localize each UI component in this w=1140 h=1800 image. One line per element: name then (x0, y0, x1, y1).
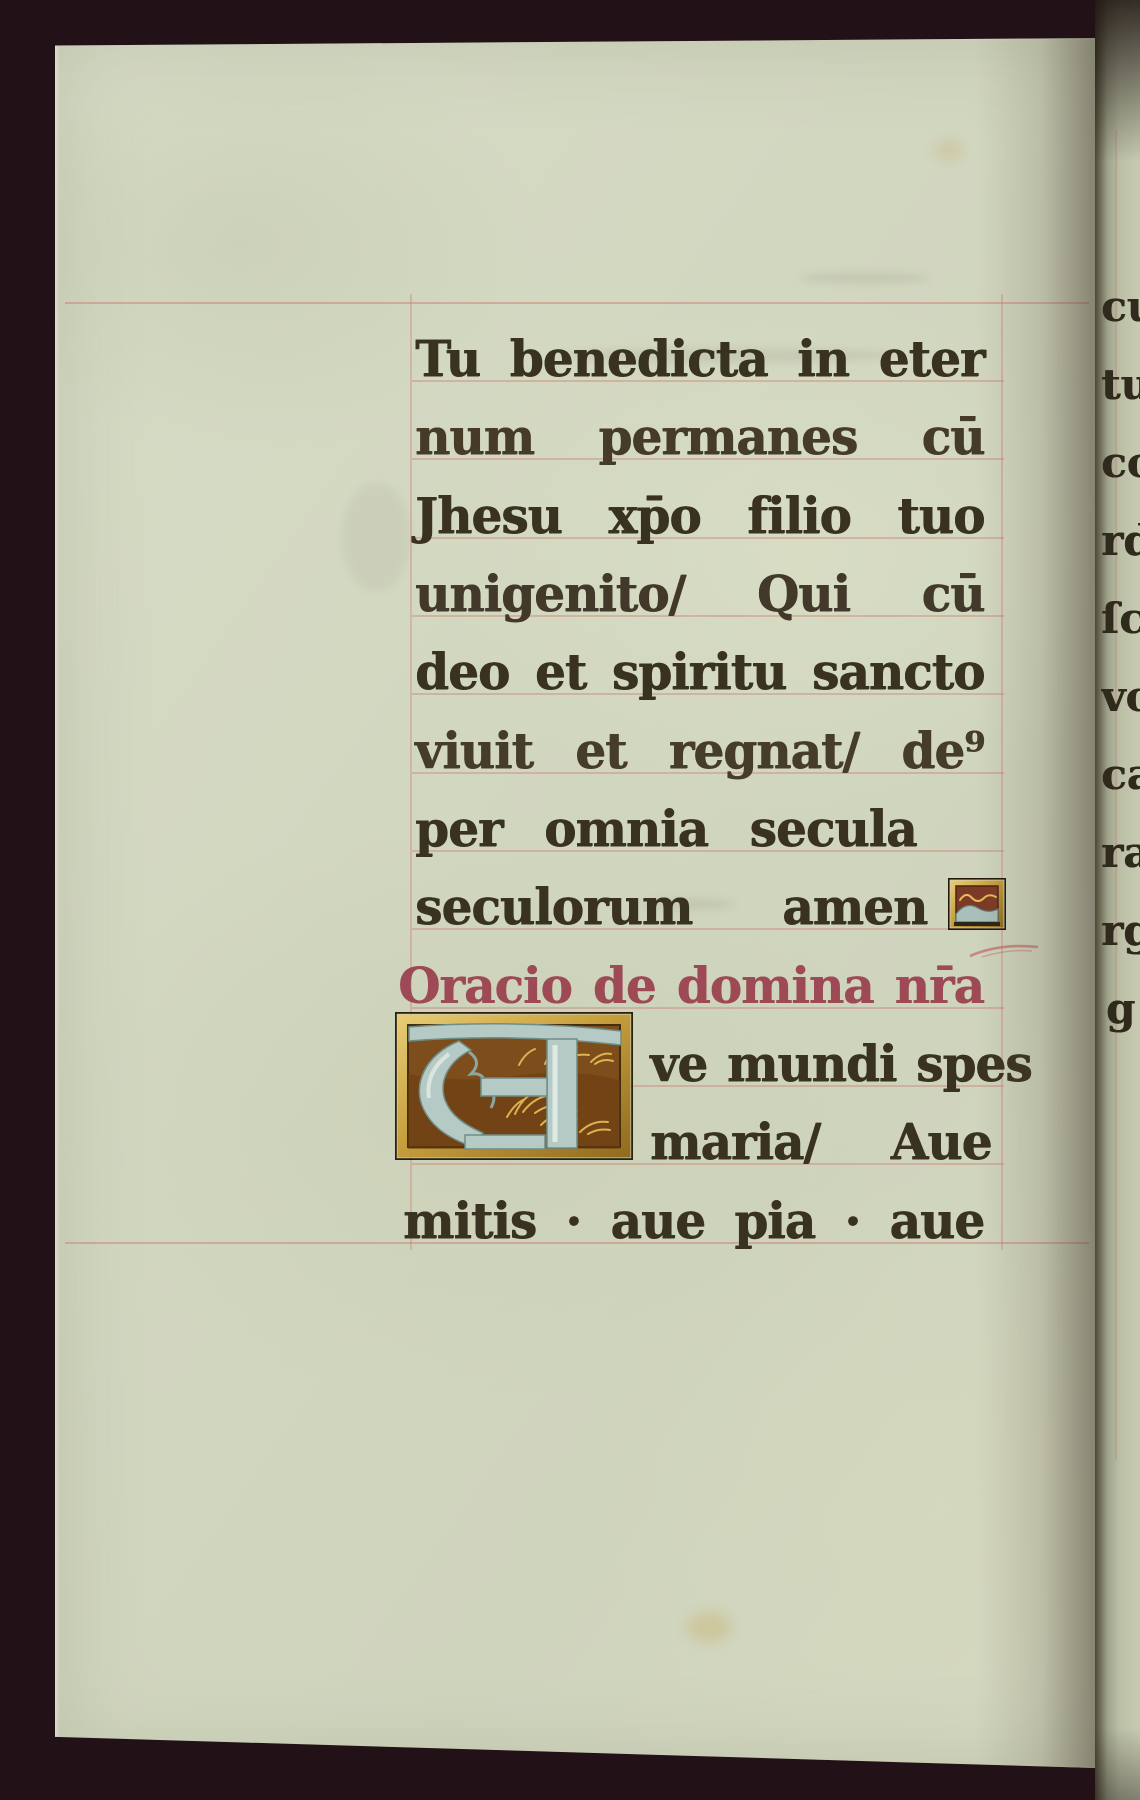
facing-page-edge: cu tu co rd ſci vo ca ra rg g (1095, 0, 1140, 1800)
parchment-stain (935, 140, 963, 160)
text-line: unigenito/ Qui cū (415, 563, 984, 629)
manuscript-page: Tu benedicta in eter num permanes cū Jhe… (55, 36, 1095, 1768)
text-line: per omnia secula (415, 798, 916, 864)
ink-smudge (800, 272, 930, 284)
text-line: seculorum amen (415, 876, 927, 942)
text-line: viuit et regnat/ de⁹ (415, 720, 984, 786)
parchment-stain (687, 1612, 731, 1642)
text-line: ve mundi spes (650, 1033, 991, 1099)
text-line: maria/ Aue (650, 1111, 991, 1177)
gutter-shadow (975, 36, 1095, 1768)
ink-smudge (341, 482, 411, 592)
ruling-line (65, 302, 1089, 304)
text-line: num permanes cū (415, 406, 984, 472)
photo-background: Tu benedicta in eter num permanes cū Jhe… (0, 0, 1140, 1800)
text-line: mitis · aue pia · aue (403, 1190, 984, 1256)
gutter-shadow (1095, 0, 1140, 1800)
illuminated-initial-A: A (395, 1012, 633, 1160)
text-line: deo et spiritu sancto (415, 641, 984, 707)
text-line: Jhesu xp̄o filio tuo (415, 485, 984, 551)
illuminated-initial-icon (395, 1012, 633, 1160)
text-line: Tu benedicta in eter (415, 328, 984, 394)
